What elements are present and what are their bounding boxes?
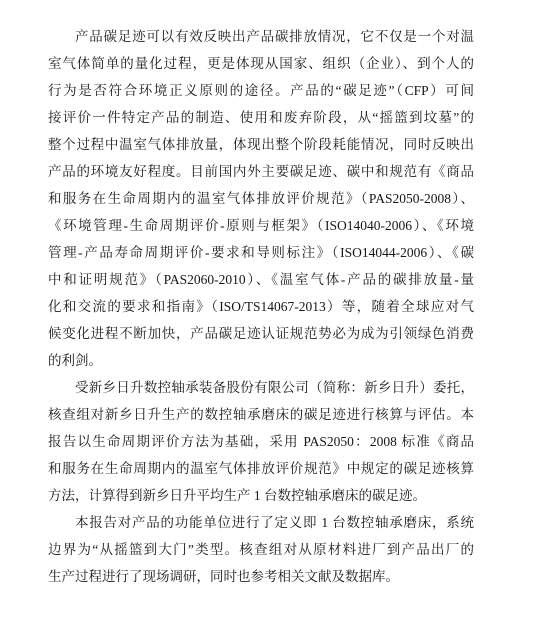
body-text: 产品碳足迹可以有效反映出产品碳排放情况，它不仅是一个对温 室气体简单的量化过程，… xyxy=(48,23,474,590)
text-line: 和服务在生命周期内的温室气体排放评价规范》（PAS2050-2008）、 xyxy=(48,185,474,212)
text-line: 室气体简单的量化过程，更是体现从国家、组织（企业）、到个人的 xyxy=(48,50,474,77)
text-line: 产品碳足迹可以有效反映出产品碳排放情况，它不仅是一个对温 xyxy=(48,23,474,50)
text-line: 行为是否符合环境正义原则的途径。产品的“碳足迹”（CFP）可间 xyxy=(48,77,474,104)
text-line: 报告以生命周期评价方法为基础，采用 PAS2050：2008 标准《商品 xyxy=(48,428,474,455)
text-line: 和服务在生命周期内的温室气体排放评价规范》中规定的碳足迹核算 xyxy=(48,455,474,482)
text-line: 接评价一件特定产品的制造、使用和废弃阶段，从“摇篮到坟墓”的 xyxy=(48,104,474,131)
paragraph-commission-statement: 受新乡日升数控轴承装备股份有限公司（简称：新乡日升）委托， 核查组对新乡日升生产… xyxy=(48,374,474,509)
text-line: 的利剑。 xyxy=(48,347,474,374)
paragraph-carbon-footprint-intro: 产品碳足迹可以有效反映出产品碳排放情况，它不仅是一个对温 室气体简单的量化过程，… xyxy=(48,23,474,374)
text-line: 化和交流的要求和指南》（ISO/TS14067-2013）等，随着全球应对气 xyxy=(48,293,474,320)
text-line: 管理-产品寿命周期评价-要求和导则标注》（ISO14044-2006）、《碳 xyxy=(48,239,474,266)
text-line: 本报告对产品的功能单位进行了定义即 1 台数控轴承磨床，系统 xyxy=(48,509,474,536)
text-line: 候变化进程不断加快，产品碳足迹认证规范势必为成为引领绿色消费 xyxy=(48,320,474,347)
document-page: 产品碳足迹可以有效反映出产品碳排放情况，它不仅是一个对温 室气体简单的量化过程，… xyxy=(0,0,546,623)
text-line: 产品的环境友好程度。目前国内外主要碳足迹、碳中和规范有《商品 xyxy=(48,158,474,185)
text-line: 生产过程进行了现场调研，同时也参考相关文献及数据库。 xyxy=(48,563,474,590)
text-line: 核查组对新乡日升生产的数控轴承磨床的碳足迹进行核算与评估。本 xyxy=(48,401,474,428)
text-line: 整个过程中温室气体排放量，体现出整个阶段耗能情况，同时反映出 xyxy=(48,131,474,158)
text-line: 《环境管理-生命周期评价-原则与框架》（ISO14040-2006）、《环境 xyxy=(48,212,474,239)
text-line: 方法，计算得到新乡日升平均生产 1 台数控轴承磨床的碳足迹。 xyxy=(48,482,474,509)
paragraph-functional-unit: 本报告对产品的功能单位进行了定义即 1 台数控轴承磨床，系统 边界为“从摇篮到大… xyxy=(48,509,474,590)
text-line: 边界为“从摇篮到大门”类型。核查组对从原材料进厂到产品出厂的 xyxy=(48,536,474,563)
text-line: 中和证明规范》（PAS2060-2010）、《温室气体-产品的碳排放量-量 xyxy=(48,266,474,293)
text-line: 受新乡日升数控轴承装备股份有限公司（简称：新乡日升）委托， xyxy=(48,374,474,401)
